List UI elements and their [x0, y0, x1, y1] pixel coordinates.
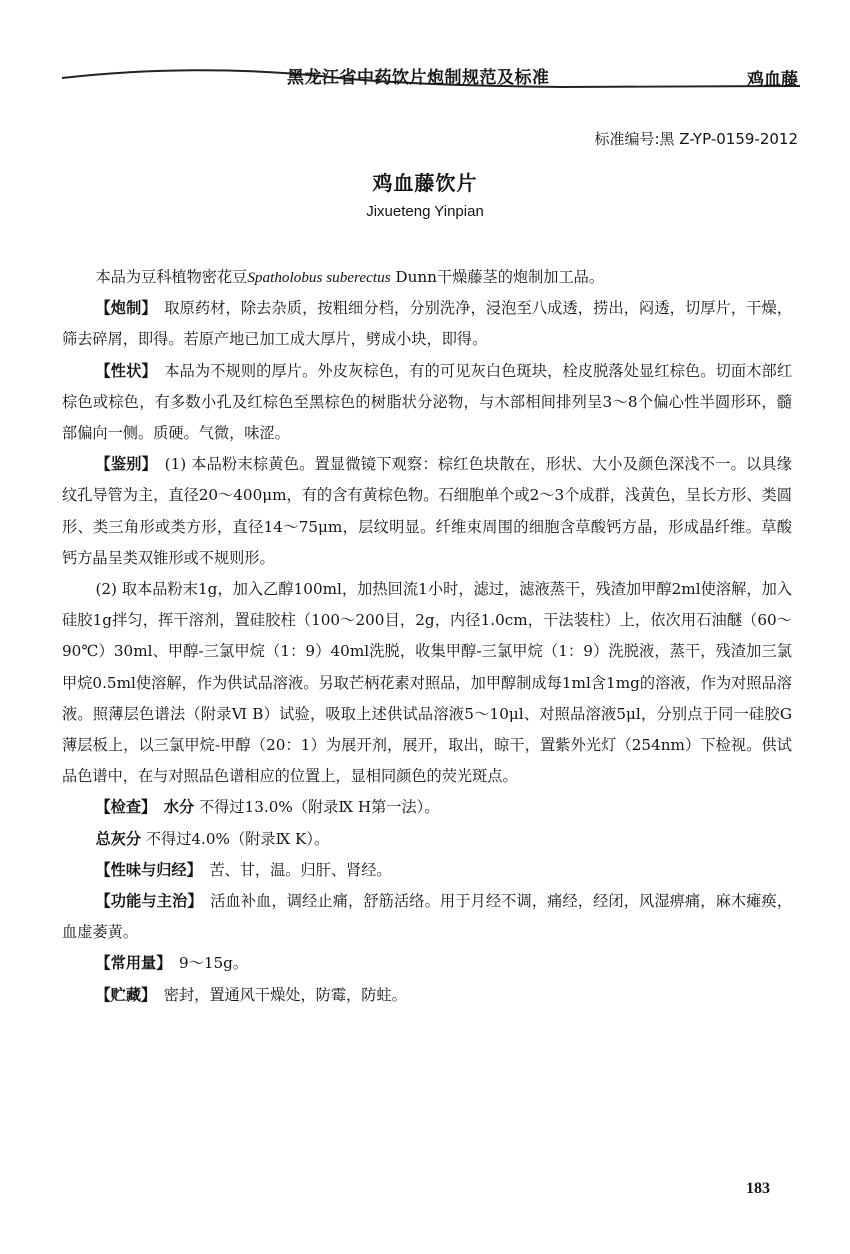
page-title: 鸡血藤饮片	[0, 167, 850, 196]
section-label: 【常用量】	[95, 954, 171, 972]
section-description: 【性状】本品为不规则的厚片。外皮灰棕色，有的可见灰白色斑块，栓皮脱落处显红棕色。…	[62, 356, 792, 450]
section-identification: 【鉴别】(1) 本品粉末棕黄色。置显微镜下观察：棕红色块散在，形状、大小及颜色深…	[62, 449, 792, 574]
running-header-title: 黑龙江省中药饮片炮制规范及标准	[287, 63, 550, 88]
ash-label: 总灰分	[95, 830, 141, 848]
standard-number: 标准编号:黑 Z-YP-0159-2012	[594, 128, 798, 149]
moisture-label: 水分	[164, 798, 194, 816]
section-storage: 【贮藏】密封，置通风干燥处，防霉，防蛀。	[62, 980, 792, 1011]
running-header-herb: 鸡血藤	[747, 65, 798, 90]
intro-paragraph: 本品为豆科植物密花豆Spatholobus suberectus Dunn干燥藤…	[62, 262, 792, 293]
monograph-body: 本品为豆科植物密花豆Spatholobus suberectus Dunn干燥藤…	[62, 262, 792, 1011]
section-nature: 【性味与归经】苦、甘，温。归肝、肾经。	[62, 855, 792, 886]
section-identification-2: (2) 取本品粉末1g，加入乙醇100ml，加热回流1小时，滤过，滤液蒸干，残渣…	[62, 574, 792, 792]
section-inspection: 【检查】水分 不得过13.0%（附录Ⅸ H第一法）。	[62, 792, 792, 823]
section-function: 【功能与主治】活血补血，调经止痛，舒筋活络。用于月经不调，痛经，经闭，风湿痹痛，…	[62, 886, 792, 948]
section-label: 【检查】	[95, 798, 156, 816]
section-ash: 总灰分 不得过4.0%（附录Ⅸ K）。	[62, 824, 792, 855]
section-label: 【功能与主治】	[95, 892, 202, 910]
section-label: 【贮藏】	[95, 986, 156, 1004]
section-label: 【炮制】	[95, 299, 156, 317]
section-dosage: 【常用量】9～15g。	[62, 948, 792, 979]
section-label: 【性味与归经】	[95, 861, 201, 879]
section-label: 【性状】	[95, 362, 156, 380]
page-number: 183	[746, 1180, 770, 1198]
section-label: 【鉴别】	[95, 455, 157, 473]
page-subtitle: Jixueteng Yinpian	[0, 203, 850, 220]
latin-name: Spatholobus suberectus	[247, 269, 390, 286]
section-processing: 【炮制】取原药材，除去杂质，按粗细分档，分别洗净，浸泡至八成透，捞出，闷透，切厚…	[62, 293, 792, 355]
